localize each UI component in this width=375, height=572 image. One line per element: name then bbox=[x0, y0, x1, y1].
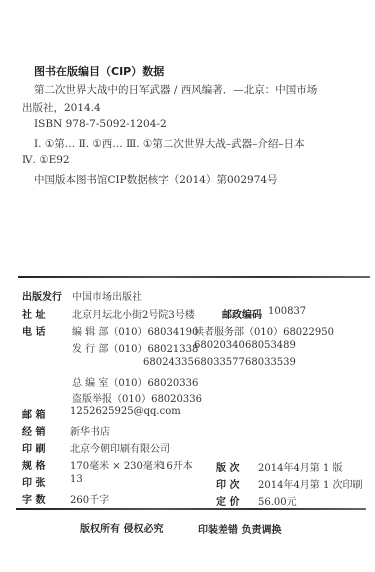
postcode-label: 邮政编码 bbox=[222, 306, 262, 321]
price-value: 56.00元 bbox=[258, 493, 297, 508]
phone-piracy-report: 盗版举报（010）68020336 bbox=[72, 390, 202, 405]
cip-title: 图书在版编目（CIP）数据 bbox=[34, 63, 164, 79]
postcode-value: 100837 bbox=[268, 306, 306, 317]
format-value: 16开本 bbox=[160, 457, 193, 472]
edition-label: 版 次 bbox=[216, 459, 239, 474]
cip-classification-2: Ⅳ. ①E92 bbox=[22, 154, 70, 166]
cip-classification: Ⅰ. ①第… Ⅱ. ①西… Ⅲ. ①第二次世界大战–武器–介绍–日本 bbox=[34, 136, 305, 151]
printer-label: 印 刷 bbox=[22, 440, 45, 455]
edition-value: 2014年4月第 1 版 bbox=[258, 459, 343, 474]
printer-value: 北京今朝印刷有限公司 bbox=[70, 440, 170, 455]
email-value: 1252625925@qq.com bbox=[70, 406, 181, 417]
words-label: 字 数 bbox=[22, 491, 45, 506]
phone-editorial: 编 辑 部（010）68034190 bbox=[72, 323, 198, 338]
address-label: 社 址 bbox=[22, 306, 45, 321]
phone-distribution: 发 行 部（010）68021338 bbox=[72, 340, 198, 355]
phone-distribution-6: 68033539 bbox=[245, 357, 296, 368]
address-value: 北京月坛北小街2号院3号楼 bbox=[72, 306, 195, 321]
footer-rights: 版权所有 侵权必究 bbox=[80, 520, 163, 535]
divider-top bbox=[18, 276, 370, 278]
divider-bottom bbox=[16, 508, 366, 510]
phone-distribution-2: 68020340 bbox=[194, 340, 245, 351]
dealer-value: 新华书店 bbox=[70, 423, 110, 438]
phone-distribution-4: 68024335 bbox=[143, 357, 194, 368]
email-label: 邮 箱 bbox=[22, 406, 45, 421]
phone-distribution-3: 68053489 bbox=[245, 340, 296, 351]
sheets-label: 印 张 bbox=[22, 474, 45, 489]
cip-title-line: 第二次世界大战中的日军武器 / 西风编著．—北京：中国市场 bbox=[34, 82, 317, 97]
cip-verification: 中国版本图书馆CIP数据核字（2014）第002974号 bbox=[34, 172, 278, 187]
sheets-value: 13 bbox=[70, 474, 83, 485]
spec-value: 170毫米 × 230毫米 bbox=[70, 457, 163, 472]
publisher-label: 出版发行 bbox=[22, 288, 62, 303]
phone-label: 电 话 bbox=[22, 323, 45, 338]
phone-distribution-5: 68033577 bbox=[194, 357, 245, 368]
publisher-value: 中国市场出版社 bbox=[72, 288, 142, 303]
dealer-label: 经 销 bbox=[22, 423, 45, 438]
price-label: 定 价 bbox=[216, 493, 239, 508]
impression-value: 2014年4月第 1 次印刷 bbox=[258, 476, 363, 491]
phone-reader-service: 读者服务部（010）68022950 bbox=[194, 323, 334, 338]
phone-chief-office: 总 编 室（010）68020336 bbox=[72, 374, 198, 389]
spec-label: 规 格 bbox=[22, 457, 45, 472]
words-value: 260千字 bbox=[70, 491, 109, 506]
footer-replace: 印装差错 负责调换 bbox=[198, 521, 281, 536]
cip-publisher-line: 出版社，2014.4 bbox=[22, 100, 101, 115]
impression-label: 印 次 bbox=[216, 476, 239, 491]
cip-isbn: ISBN 978-7-5092-1204-2 bbox=[34, 118, 167, 130]
